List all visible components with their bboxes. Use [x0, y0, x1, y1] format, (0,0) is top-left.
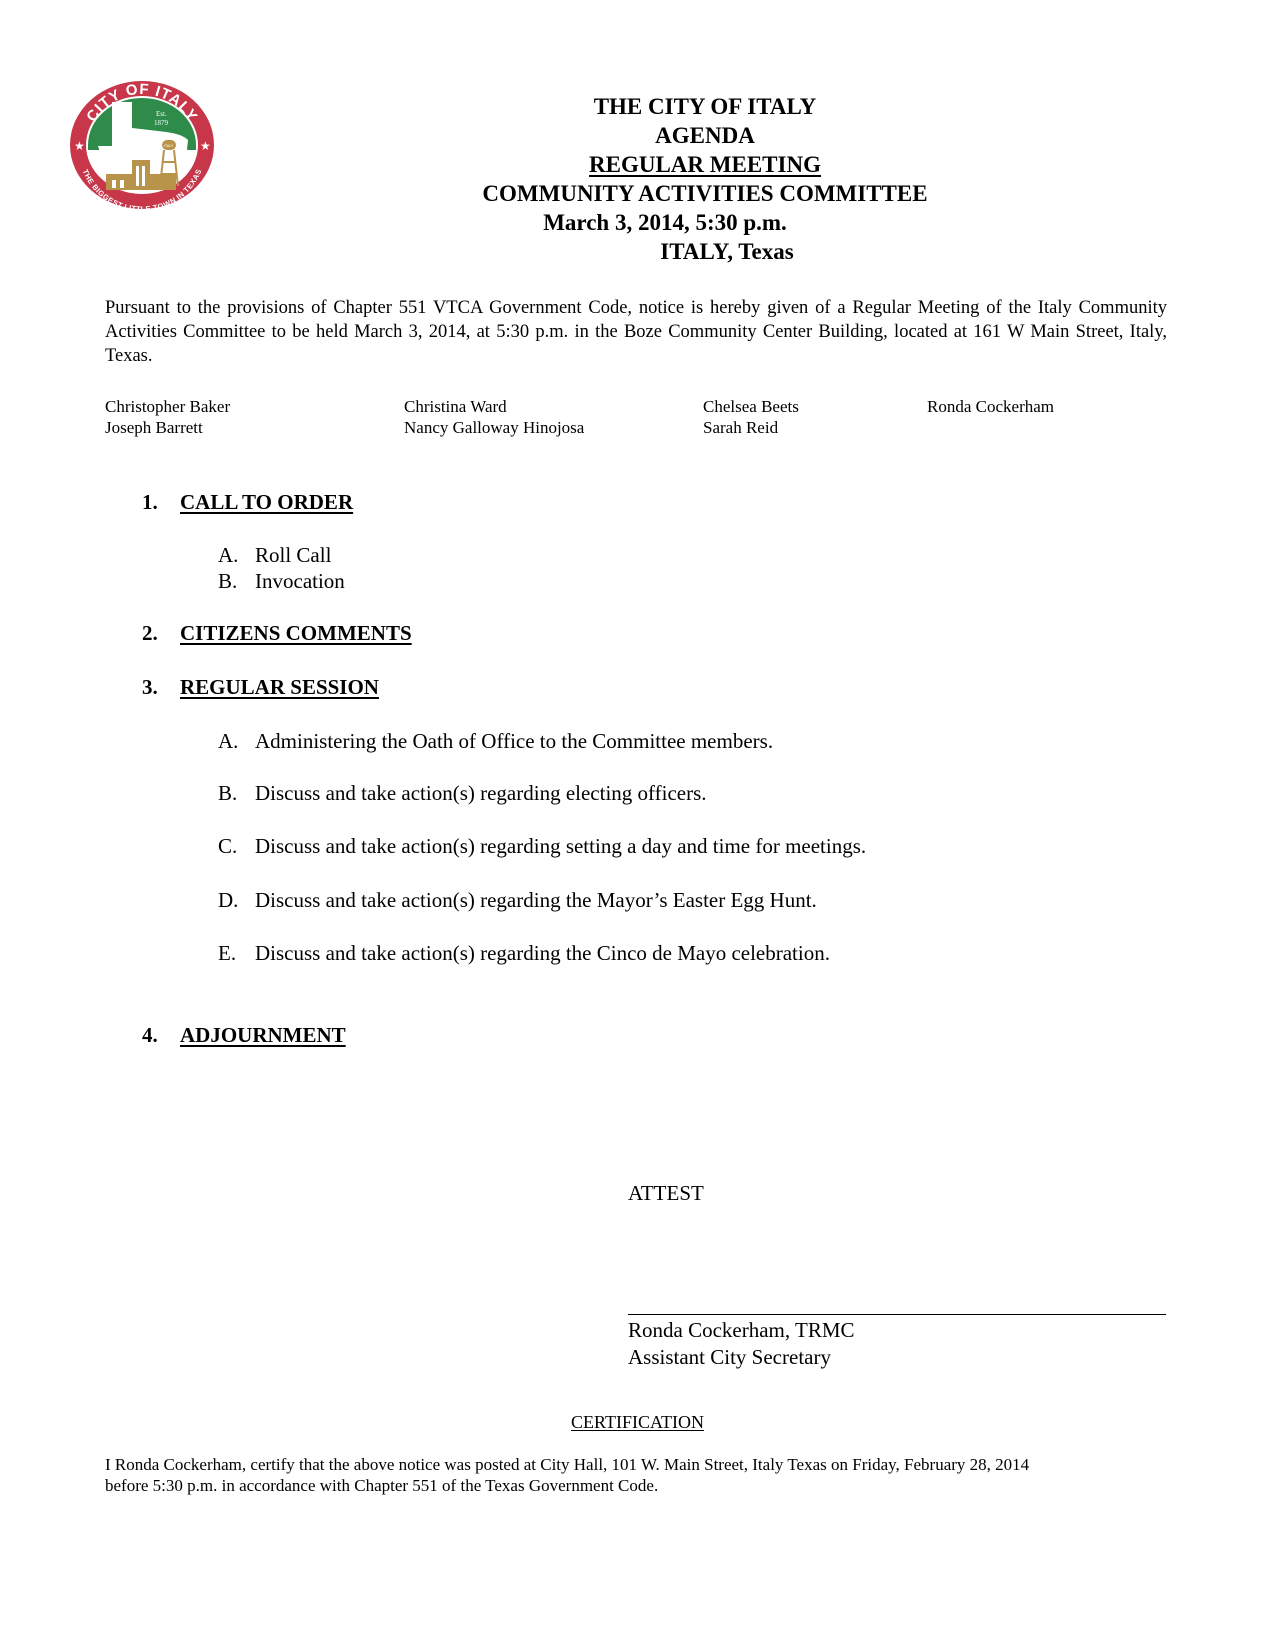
signature-line	[628, 1314, 1166, 1315]
signature-block: Ronda Cockerham, TRMC Assistant City Sec…	[628, 1317, 855, 1371]
agenda-section-call-to-order: 1.CALL TO ORDER	[142, 490, 353, 515]
svg-text:★: ★	[74, 139, 85, 153]
city-name: THE CITY OF ITALY	[420, 92, 990, 121]
agenda-section-citizens-comments: 2.CITIZENS COMMENTS	[142, 621, 412, 646]
signer-name: Ronda Cockerham, TRMC	[628, 1317, 855, 1344]
member-name: Nancy Galloway Hinojosa	[404, 417, 584, 438]
city-of-italy-seal-icon: Est. 1879 ITALY CITY OF ITALY THE BIGGES…	[66, 78, 218, 212]
member-name: Christina Ward	[404, 396, 507, 417]
agenda-section-regular-session: 3.REGULAR SESSION	[142, 675, 379, 700]
member-name: Joseph Barrett	[105, 417, 203, 438]
agenda-item: B.Invocation	[218, 569, 345, 594]
member-name: Christopher Baker	[105, 396, 230, 417]
svg-text:Est.: Est.	[156, 110, 167, 118]
signer-title: Assistant City Secretary	[628, 1344, 855, 1371]
agenda-item: A.Administering the Oath of Office to th…	[218, 729, 773, 754]
document-type: AGENDA	[420, 121, 990, 150]
meeting-location: ITALY, Texas	[442, 237, 1012, 266]
member-name: Chelsea Beets	[703, 396, 799, 417]
city-seal-logo: Est. 1879 ITALY CITY OF ITALY THE BIGGES…	[66, 78, 218, 212]
member-name: Sarah Reid	[703, 417, 778, 438]
agenda-header: THE CITY OF ITALY AGENDA REGULAR MEETING…	[420, 92, 990, 266]
agenda-item: D.Discuss and take action(s) regarding t…	[218, 888, 817, 913]
member-name: Ronda Cockerham	[927, 396, 1054, 417]
agenda-item: A.Roll Call	[218, 543, 331, 568]
agenda-item: B.Discuss and take action(s) regarding e…	[218, 781, 707, 806]
meeting-type: REGULAR MEETING	[589, 152, 821, 177]
certification-text: I Ronda Cockerham, certify that the abov…	[105, 1454, 1185, 1496]
agenda-item: E.Discuss and take action(s) regarding t…	[218, 941, 830, 966]
certification-heading: CERTIFICATION	[0, 1412, 1275, 1433]
attest-label: ATTEST	[628, 1181, 704, 1206]
svg-text:★: ★	[200, 139, 211, 153]
agenda-section-adjournment: 4.ADJOURNMENT	[142, 1023, 346, 1048]
committee-name: COMMUNITY ACTIVITIES COMMITTEE	[420, 179, 990, 208]
agenda-item: C.Discuss and take action(s) regarding s…	[218, 834, 866, 859]
notice-paragraph: Pursuant to the provisions of Chapter 55…	[105, 296, 1167, 368]
meeting-date: March 3, 2014, 5:30 p.m.	[380, 208, 950, 237]
svg-text:1879: 1879	[154, 119, 169, 127]
svg-text:ITALY: ITALY	[164, 144, 174, 148]
